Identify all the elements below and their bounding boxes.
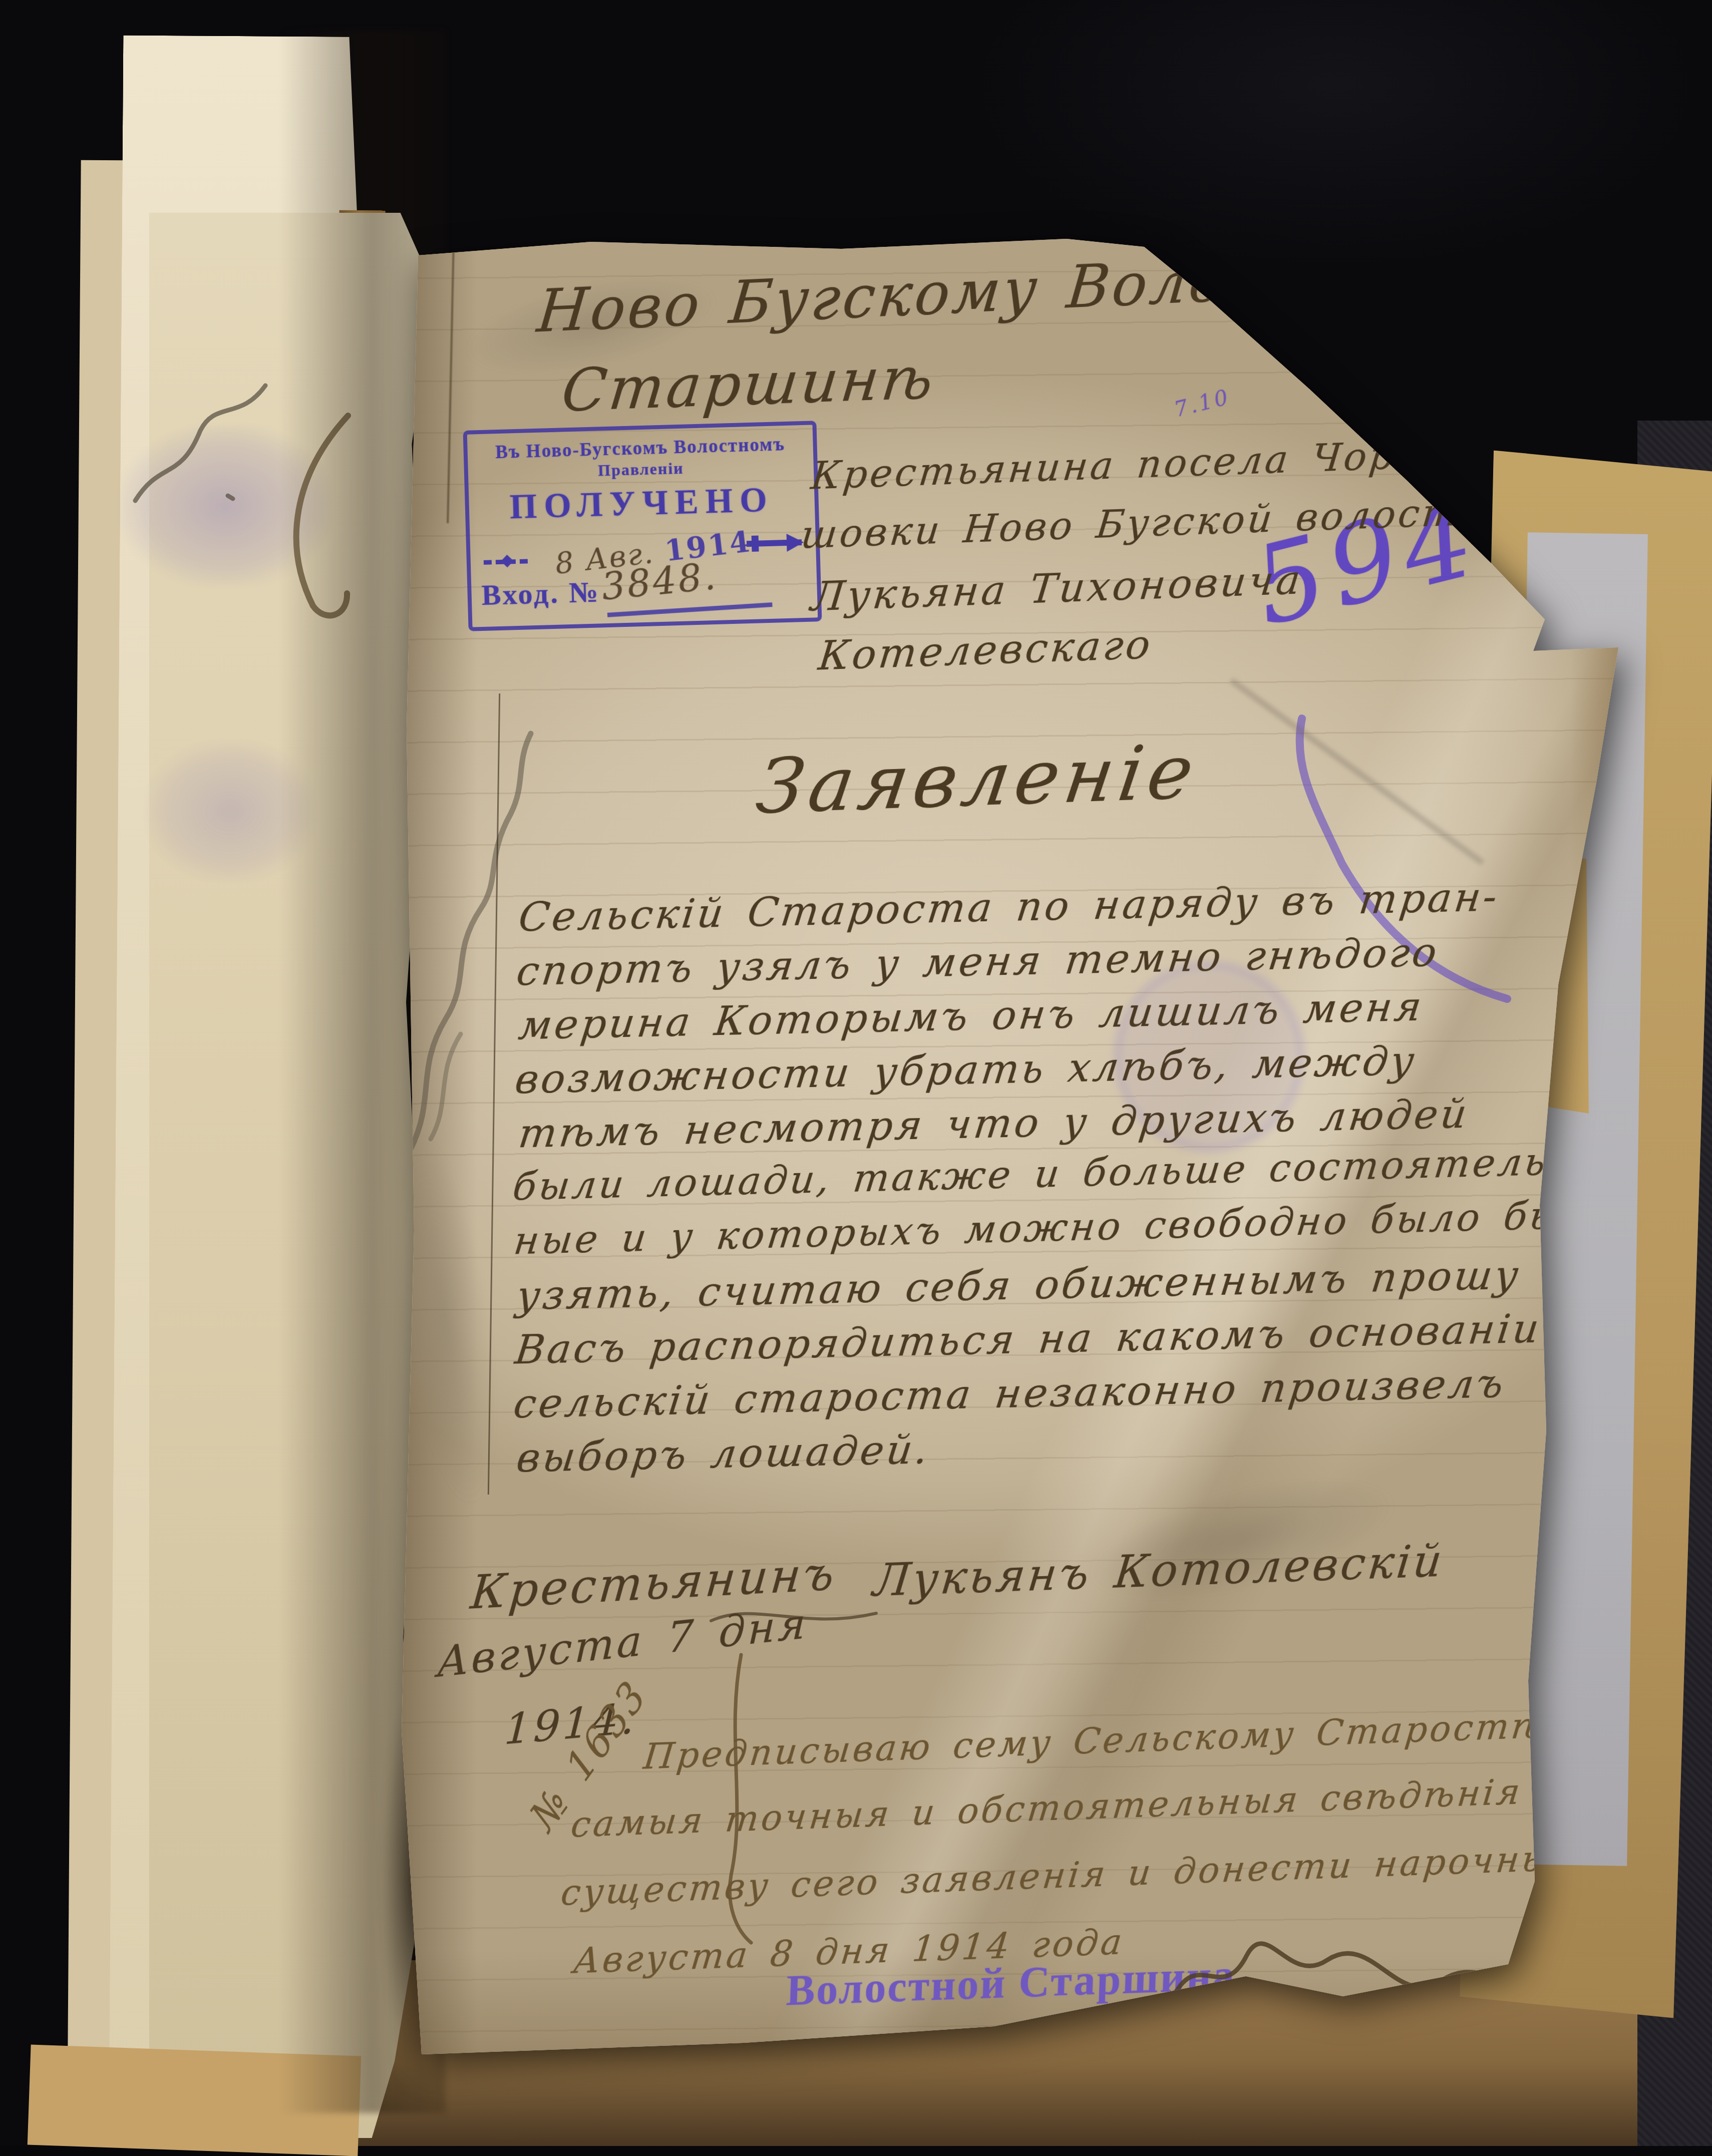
stamp-ornament-right <box>747 539 802 547</box>
stamp-status: ПОЛУЧЕНО <box>469 479 815 528</box>
stamp-ornament-left <box>484 559 532 565</box>
body-line: выборъ лошадей. <box>514 1426 933 1482</box>
archive-photo-scene: В: 7.10 594 <box>0 0 1712 2146</box>
stamp-entry-label: Вход. № <box>481 575 600 611</box>
pencil-fragment-squiggle <box>125 371 295 521</box>
margin-pencil-note <box>376 718 526 1169</box>
petition-page: 7.10 594 Ново Бугскому Волостному Старши… <box>391 228 1632 2080</box>
addressee-line-2: Старшинѣ <box>559 344 939 425</box>
petition-title: Заявленіе <box>751 728 1203 831</box>
received-stamp: Въ Ново-Бугскомъ Волостномъ Правленіи ПО… <box>463 421 822 631</box>
paper-surface: 7.10 594 Ново Бугскому Волостному Старши… <box>391 228 1632 2080</box>
stamp-entry-row: Вход. № 3848. <box>481 569 808 612</box>
elder-signature <box>1162 1920 1542 2030</box>
